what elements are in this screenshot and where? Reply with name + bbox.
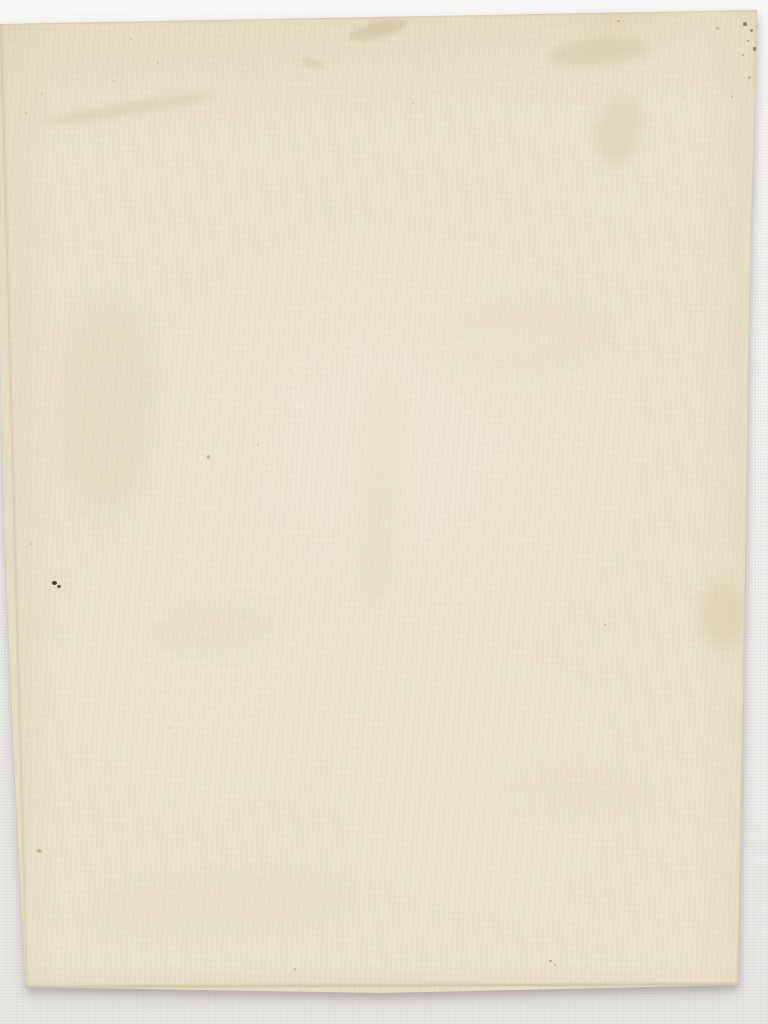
paper-speck (294, 968, 296, 970)
paper-speck (130, 38, 132, 40)
paper-sheet (0, 0, 768, 1024)
paper-fox-spot (761, 51, 764, 54)
paper-fox-spot (756, 25, 759, 28)
paper-smudge (54, 298, 156, 511)
paper-speck (99, 76, 101, 78)
paper-speck (25, 112, 27, 114)
photo-stage (0, 0, 768, 1024)
paper-speck (604, 624, 606, 626)
paper-fox-spot (716, 27, 719, 30)
paper-speck (257, 444, 259, 446)
paper-smudge (700, 580, 745, 650)
paper-fox-spot (757, 61, 759, 63)
paper-shadow-wrap (0, 0, 768, 1024)
paper-smudge (423, 292, 599, 389)
paper-smudge (299, 54, 327, 72)
paper-fox-spot (748, 76, 751, 79)
paper-smudge (419, 756, 641, 824)
paper-speck (549, 960, 552, 962)
paper-speck (30, 543, 32, 545)
paper-speck (37, 849, 42, 853)
paper-marks-layer (0, 0, 768, 1024)
paper-speck (289, 369, 291, 371)
paper-speck (617, 20, 620, 22)
paper-ink-fleck (57, 585, 61, 588)
paper-smudge (350, 379, 410, 611)
paper-speck (684, 97, 686, 99)
paper-fox-spot (759, 36, 762, 39)
paper-speck (207, 455, 210, 459)
paper-speck (157, 62, 159, 64)
paper-speck (169, 727, 171, 729)
paper-fox-spot (753, 47, 757, 51)
paper-speck (113, 80, 115, 82)
paper-fox-spot (743, 22, 747, 26)
paper-smudge (591, 91, 647, 168)
paper-speck (412, 102, 414, 104)
paper-fox-spot (747, 40, 749, 42)
paper-smudge (89, 873, 351, 937)
paper-smudge (547, 34, 649, 71)
paper-smudge (146, 589, 284, 670)
paper-smudge (40, 89, 215, 128)
paper-smudge (347, 15, 409, 46)
paper-fox-spot (742, 54, 744, 56)
paper-speck (41, 93, 43, 95)
paper-fox-spot (750, 29, 753, 32)
paper-speck (554, 964, 556, 966)
paper-ink-fleck (52, 581, 57, 585)
paper-fox-spot (731, 96, 733, 98)
